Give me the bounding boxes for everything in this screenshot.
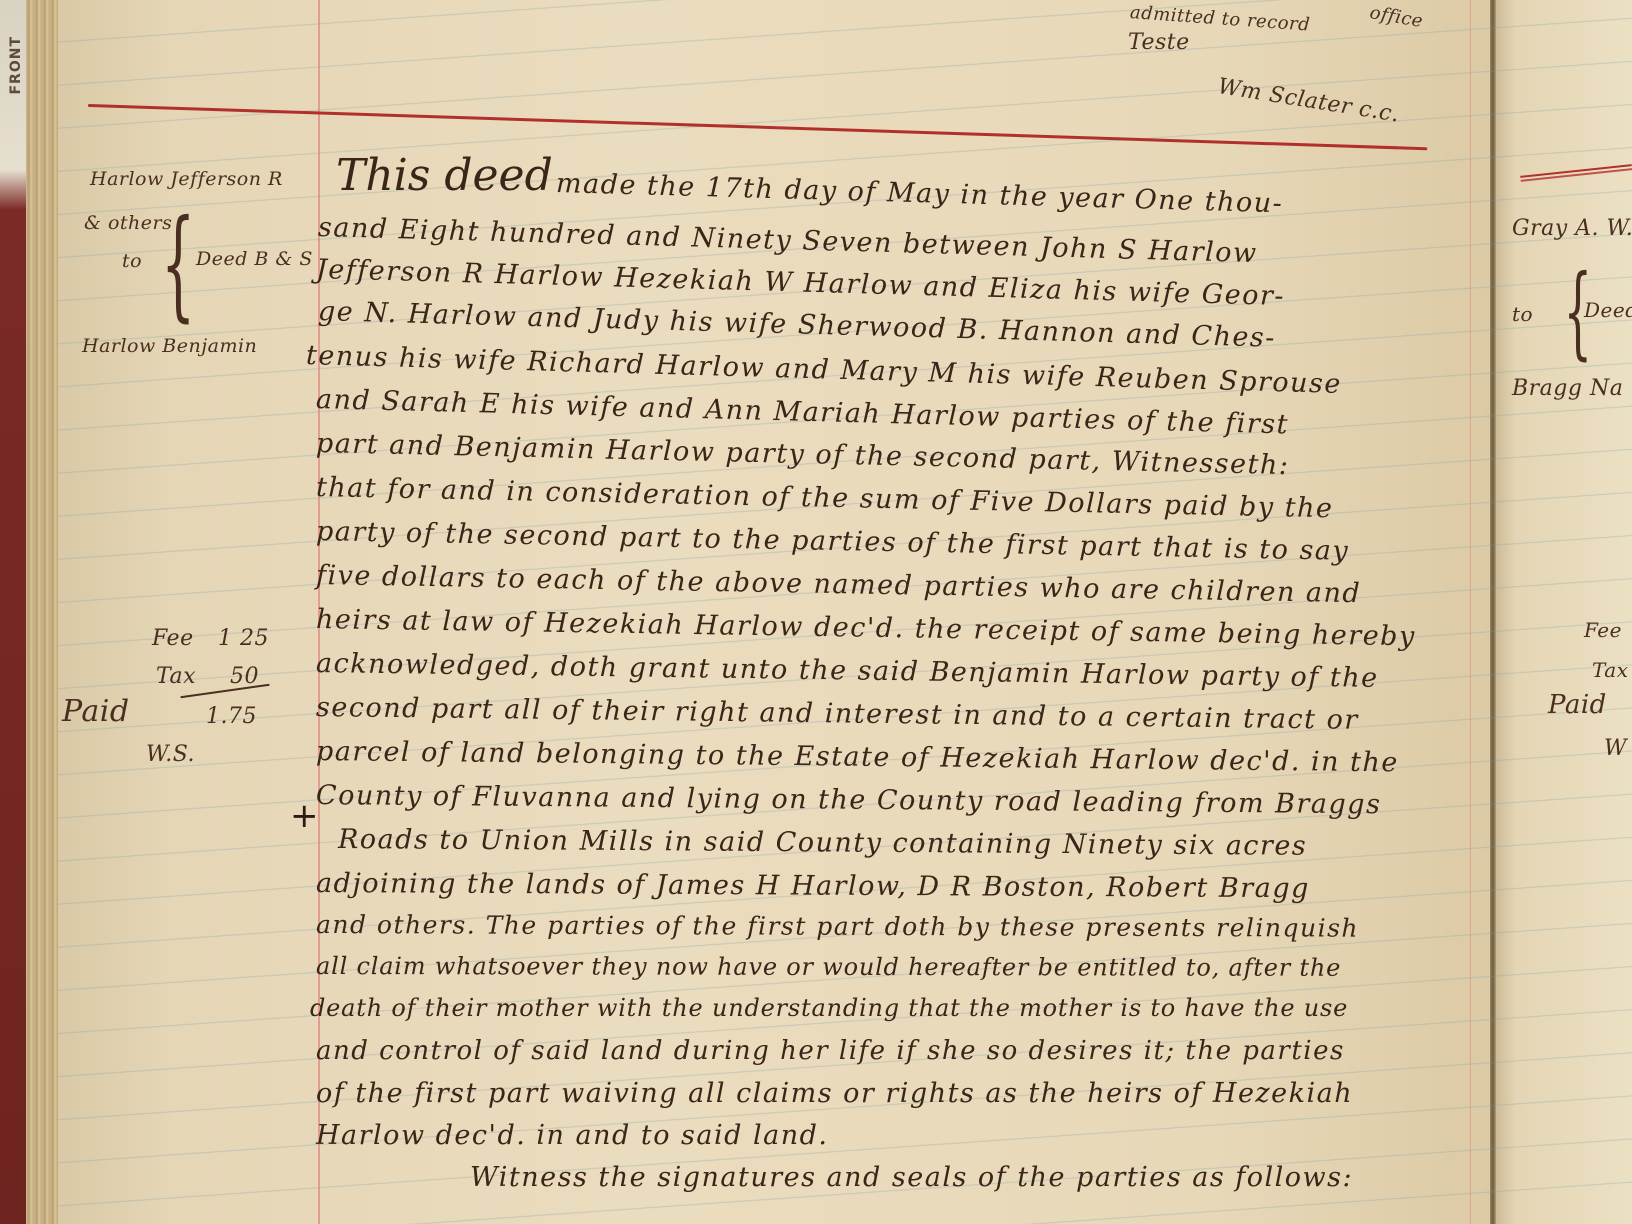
margin-instrument: Deed B & S	[196, 248, 313, 270]
teste-label: Teste	[1128, 30, 1190, 55]
paid-label: Paid	[62, 694, 130, 729]
fee-label: Fee	[152, 626, 194, 651]
facing-fee-label: Fee	[1584, 618, 1622, 642]
margin-grantor: Harlow Jefferson R	[90, 168, 283, 190]
witness-line: Witness the signatures and seals of the …	[470, 1162, 1353, 1193]
deed-line-22: of the first part waiving all claims or …	[316, 1078, 1353, 1109]
margin-brace: {	[161, 205, 195, 325]
margin-grantee: Harlow Benjamin	[82, 335, 257, 357]
facing-initials: W	[1604, 736, 1627, 761]
deed-line-21: and control of said land during her life…	[316, 1036, 1345, 1066]
fee-value: 1 25	[218, 626, 269, 651]
margin-to: to	[122, 250, 142, 272]
facing-instrument: Deed	[1584, 298, 1632, 322]
deed-line-23: Harlow dec'd. in and to said land.	[316, 1120, 828, 1151]
page-edges	[26, 0, 60, 1224]
right-margin-rule	[1470, 0, 1471, 1224]
cross-mark-icon: +	[290, 796, 319, 836]
deed-line-18: and others. The parties of the first par…	[316, 910, 1359, 943]
deed-line-17: adjoining the lands of James H Harlow, D…	[316, 868, 1310, 904]
facing-grantee: Bragg Na	[1512, 376, 1623, 401]
tax-label: Tax	[156, 664, 196, 689]
facing-grantor: Gray A. W.	[1512, 216, 1632, 241]
facing-to: to	[1512, 302, 1533, 326]
margin-grantor-others: & others	[84, 212, 172, 234]
deed-line-20: death of their mother with the understan…	[310, 994, 1348, 1022]
facing-tax-label: Tax	[1592, 658, 1629, 682]
facing-paid-label: Paid	[1548, 690, 1607, 720]
clerk-initials: W.S.	[146, 742, 195, 767]
deed-heading: This deed	[336, 150, 553, 201]
fee-total: 1.75	[206, 704, 257, 729]
deed-line-19: all claim whatsoever they now have or wo…	[316, 952, 1341, 982]
